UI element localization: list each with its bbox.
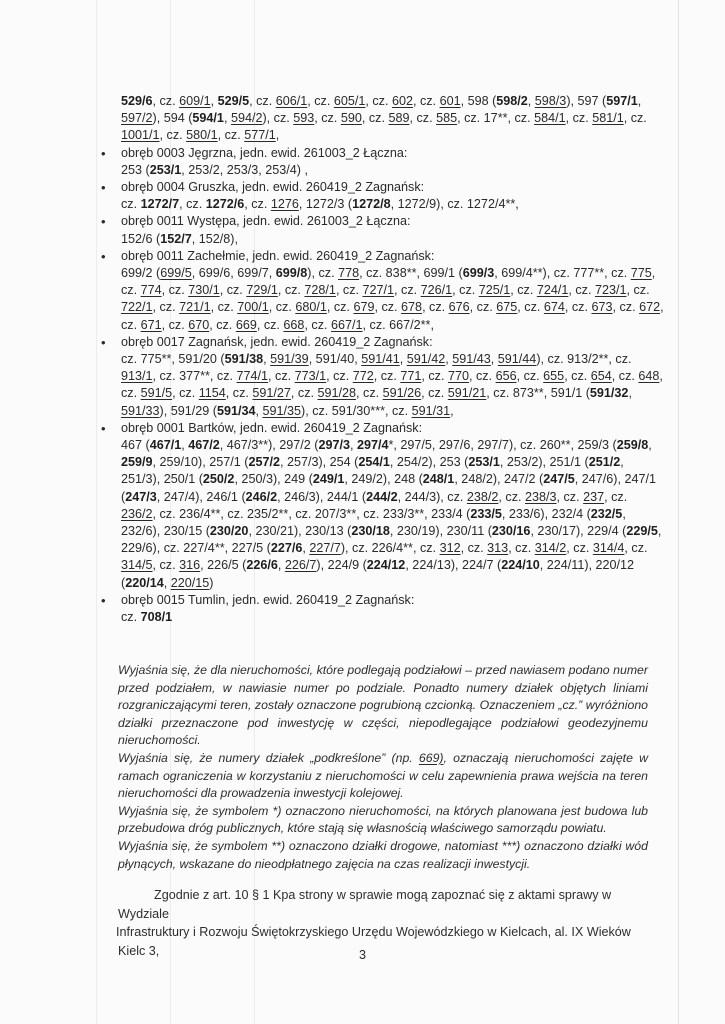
parcel-number-bold: 1272/7 [141, 197, 180, 211]
parcel-number-bold: 708/1 [141, 610, 173, 624]
text-run: , 247/4), 246/1 ( [157, 490, 246, 504]
text-run: Wyjaśnia się, że dla nieruchomości, któr… [118, 663, 648, 747]
parcel-number-bold: 699/3 [463, 266, 495, 280]
precinct-parcels: 467 (467/1, 467/2, 467/3**), 297/2 (297/… [121, 437, 665, 592]
closing-line-1: Zgodnie z art. 10 § 1 Kpa strony w spraw… [118, 886, 648, 923]
parcel-number-underlined: 669) [419, 751, 444, 765]
text-run: , cz. [314, 111, 341, 125]
parcel-number-underlined: 314/4 [593, 541, 625, 555]
parcel-number-bold: 232/5 [591, 507, 623, 521]
text-run: , cz. [626, 283, 649, 297]
text-run: , cz. [365, 94, 392, 108]
text-run: , cz. 838**, 699/1 ( [359, 266, 463, 280]
text-run: , cz. [565, 300, 592, 314]
parcel-number-underlined: 593 [293, 111, 314, 125]
text-run: , 230/17), 229/4 ( [530, 524, 626, 538]
parcel-number-underlined: 577/1 [244, 128, 276, 142]
parcel-number-underlined: 728/1 [304, 283, 336, 297]
text-run: , cz. [257, 318, 284, 332]
parcel-number-bold: 247/3 [125, 490, 157, 504]
parcel-number-underlined: 913/1 [121, 369, 153, 383]
parcel-number-underlined: 1154 [199, 386, 226, 400]
parcel-number-underlined: 773/1 [295, 369, 327, 383]
text-run: ), 594 ( [153, 111, 193, 125]
parcel-number-underlined: 725/1 [479, 283, 511, 297]
text-run: , 152/8), [192, 232, 238, 246]
text-run: , cz. [452, 283, 479, 297]
parcel-number-underlined: 724/1 [537, 283, 569, 297]
text-run: , cz. [218, 128, 245, 142]
bullet-icon: • [101, 420, 106, 437]
text-run: , [491, 352, 498, 366]
text-run: 467 ( [121, 438, 150, 452]
text-run: , 224/13), 224/7 ( [405, 558, 501, 572]
text-run: ), 597 ( [566, 94, 606, 108]
parcel-number-underlined: 699/5 [160, 266, 192, 280]
text-run: , cz. [498, 490, 525, 504]
explanatory-notes: Wyjaśnia się, że dla nieruchomości, któr… [118, 662, 648, 873]
parcel-number-underlined: 723/1 [595, 283, 627, 297]
text-run: , cz. [374, 369, 401, 383]
parcel-number-underlined: 676 [449, 300, 470, 314]
text-run: , cz. [613, 300, 640, 314]
text-run: , cz. [508, 541, 535, 555]
parcel-number-bold: 591/34 [217, 404, 256, 418]
parcel-number-underlined: 580/1 [186, 128, 218, 142]
parcel-number-underlined: 591/28 [318, 386, 357, 400]
parcel-number-underlined: 585 [436, 111, 457, 125]
text-run: , cz. [409, 111, 436, 125]
precinct-parcels: 699/2 (699/5, 699/6, 699/7, 699/8), cz. … [121, 265, 665, 334]
text-run: , cz. [362, 111, 389, 125]
parcel-number-bold: 297/4 [357, 438, 389, 452]
text-run: Wyjaśnia się, że numery działek „podkreś… [118, 751, 419, 765]
text-run: , 1272/3 ( [299, 197, 352, 211]
text-run: , [528, 94, 535, 108]
precinct-entry: • obręb 0011 Zachełmie, jedn. ewid. 2604… [113, 248, 665, 334]
text-run: , cz. [153, 558, 180, 572]
parcel-number-underlined: 678 [401, 300, 422, 314]
parcel-number-underlined: 730/1 [188, 283, 220, 297]
text-run: , 248/2), 247/2 ( [454, 472, 543, 486]
parcel-number-bold: 591/38 [225, 352, 264, 366]
parcel-number-bold: 259/9 [121, 455, 153, 469]
text-run: , cz. [307, 94, 334, 108]
parcel-number-bold: 254/1 [358, 455, 390, 469]
text-run: , cz. [413, 94, 440, 108]
text-run: , cz. [470, 300, 497, 314]
precinct-list: • obręb 0003 Jęgrzna, jedn. ewid. 261003… [113, 145, 665, 627]
parcel-number-bold: 230/18 [351, 524, 390, 538]
text-run: , cz. [469, 369, 496, 383]
text-run: , cz. [517, 369, 544, 383]
parcel-number-underlined: 672 [639, 300, 660, 314]
parcel-number-bold: 699/8 [276, 266, 308, 280]
text-run: , cz. [153, 94, 180, 108]
text-run: , cz. [356, 386, 383, 400]
text-run: Wyjaśnia się, że symbolem *) oznaczono n… [118, 804, 648, 836]
text-run: , cz. [421, 386, 448, 400]
text-run: , [224, 111, 231, 125]
text-run: , [164, 576, 171, 590]
text-run: ) [209, 576, 213, 590]
parcel-number-bold: 220/14 [125, 576, 164, 590]
text-run: cz. [121, 197, 141, 211]
text-run: , cz. [510, 283, 537, 297]
parcel-number-bold: 244/2 [366, 490, 398, 504]
parcel-number-underlined: 722/1 [121, 300, 153, 314]
text-run: , 699/4**), cz. 777**, cz. [494, 266, 631, 280]
parcel-number-bold: 597/1 [606, 94, 638, 108]
parcel-number-bold: 529/5 [218, 94, 250, 108]
text-run: , [648, 438, 652, 452]
parcel-number-underlined: 670 [188, 318, 209, 332]
parcel-number-underlined: 674 [544, 300, 565, 314]
text-run: , 226/5 ( [200, 558, 246, 572]
parcel-number-bold: 230/20 [210, 524, 249, 538]
text-run: , [628, 386, 632, 400]
bullet-icon: • [101, 213, 106, 230]
text-run: , 254/2), 253 ( [390, 455, 468, 469]
parcel-number-underlined: 591/42 [407, 352, 446, 366]
parcel-number-underlined: 654 [591, 369, 612, 383]
parcel-number-underlined: 237 [583, 490, 604, 504]
text-run: , [350, 438, 357, 452]
note-paragraph: Wyjaśnia się, że symbolem *) oznaczono n… [118, 803, 648, 838]
parcel-number-underlined: 680/1 [295, 300, 327, 314]
parcel-number-bold: 246/2 [246, 490, 278, 504]
text-run: 152/6 ( [121, 232, 160, 246]
text-run: , cz. [422, 300, 449, 314]
precinct-header: obręb 0015 Tumlin, jedn. ewid. 260419_2 … [121, 592, 665, 609]
bullet-icon: • [101, 145, 106, 162]
parcel-number-underlined: 700/1 [237, 300, 269, 314]
parcel-number-underlined: 238/2 [467, 490, 499, 504]
parcel-list: 529/6, cz. 609/1, 529/5, cz. 606/1, cz. … [113, 93, 665, 626]
parcel-number-underlined: 598/3 [535, 94, 567, 108]
text-run: , cz. [209, 318, 236, 332]
text-run: , cz. 377**, cz. [153, 369, 237, 383]
text-run: , cz. [153, 300, 180, 314]
bullet-icon: • [101, 334, 106, 351]
parcel-number-underlined: 667/1 [331, 318, 363, 332]
text-run: ), cz. 226/4**, cz. [341, 541, 440, 555]
parcel-number-underlined: 726/1 [421, 283, 453, 297]
parcel-number-bold: 297/3 [318, 438, 350, 452]
parcel-number-underlined: 609/1 [179, 94, 211, 108]
precinct-entry: • obręb 0004 Gruszka, jedn. ewid. 260419… [113, 179, 665, 213]
parcel-number-underlined: 581/1 [592, 111, 624, 125]
parcel-number-bold: 253/1 [468, 455, 500, 469]
text-run: , 249/2), 248 ( [344, 472, 422, 486]
precinct-parcels: 152/6 (152/7, 152/8), [121, 231, 665, 248]
text-run: , cz. [461, 541, 488, 555]
parcel-number-underlined: 584/1 [534, 111, 566, 125]
bullet-icon: • [101, 248, 106, 265]
text-run: , 257/3), 254 ( [280, 455, 358, 469]
text-run: , 598 ( [461, 94, 497, 108]
parcel-number-bold: 253/1 [150, 163, 182, 177]
text-run: , cz. [162, 318, 189, 332]
text-run: , cz. [268, 369, 295, 383]
parcel-number-underlined: 655 [543, 369, 564, 383]
precinct-entry: • obręb 0015 Tumlin, jedn. ewid. 260419_… [113, 592, 665, 626]
parcel-number-bold: 226/6 [246, 558, 278, 572]
text-run: , cz. [336, 283, 363, 297]
parcel-number-bold: 152/7 [160, 232, 192, 246]
text-run: ), cz. [262, 111, 293, 125]
parcel-number-underlined: 590 [341, 111, 362, 125]
text-run: , cz. 236/4**, cz. 235/2**, cz. 207/3**,… [153, 507, 471, 521]
parcel-number-underlined: 220/15 [171, 576, 210, 590]
text-run: , cz. [604, 490, 627, 504]
text-run: , cz. [172, 386, 199, 400]
parcel-number-underlined: 727/1 [363, 283, 395, 297]
parcel-number-bold: 259/8 [617, 438, 649, 452]
parcel-number-underlined: 721/1 [179, 300, 211, 314]
text-run: , cz. [249, 94, 276, 108]
parcel-number-underlined: 312 [440, 541, 461, 555]
parcel-number-underlined: 778 [338, 266, 359, 280]
parcel-number-underlined: 602 [392, 94, 413, 108]
parcel-number-underlined: 591/5 [141, 386, 173, 400]
text-run: , cz. [557, 490, 584, 504]
text-run: , 230/21), 230/13 ( [248, 524, 351, 538]
parcel-number-bold: 257/2 [248, 455, 280, 469]
text-run: , 230/19), 230/11 ( [390, 524, 492, 538]
parcel-number-underlined: 673 [591, 300, 612, 314]
text-run: , 1272/9), cz. 1272/4**, [391, 197, 519, 211]
text-run: , cz. [162, 283, 189, 297]
precinct-header: obręb 0011 Zachełmie, jedn. ewid. 260419… [121, 248, 665, 265]
precinct-entry: • obręb 0001 Bartków, jedn. ewid. 260419… [113, 420, 665, 592]
parcel-number-underlined: 601 [440, 94, 461, 108]
text-run: , cz. 667/2**, [363, 318, 434, 332]
parcel-number-underlined: 591/26 [383, 386, 422, 400]
parcel-number-underlined: 668 [283, 318, 304, 332]
parcel-number-bold: 594/1 [192, 111, 224, 125]
parcel-number-bold: 224/12 [367, 558, 406, 572]
text-run: , cz. [566, 111, 593, 125]
text-run: , [400, 352, 407, 366]
parcel-number-underlined: 1001/1 [121, 128, 160, 142]
text-run: 253 ( [121, 163, 150, 177]
parcel-number-underlined: 227/7 [309, 541, 341, 555]
parcel-number-underlined: 589 [388, 111, 409, 125]
parcel-number-bold: 1272/6 [206, 197, 245, 211]
text-run: , 591/40, [309, 352, 362, 366]
text-run: ), 224/9 ( [316, 558, 366, 572]
parcel-number-bold: 250/2 [203, 472, 235, 486]
bullet-icon: • [101, 179, 106, 196]
text-run: , cz. [374, 300, 401, 314]
parcel-number-underlined: 316 [179, 558, 200, 572]
text-run: , 250/3), 249 ( [234, 472, 312, 486]
parcel-number-underlined: 771 [400, 369, 421, 383]
text-run: , cz. [421, 369, 448, 383]
parcel-number-bold: 467/2 [188, 438, 220, 452]
text-run: , 253/2), 251/1 ( [500, 455, 589, 469]
parcel-number-underlined: 236/2 [121, 507, 153, 521]
text-run: , cz. [568, 283, 595, 297]
text-run: , cz. [517, 300, 544, 314]
text-run: , 699/6, 699/7, [192, 266, 276, 280]
text-run: , cz. [326, 369, 353, 383]
text-run: , cz. [220, 283, 247, 297]
note-paragraph: Wyjaśnia się, że numery działek „podkreś… [118, 750, 648, 803]
text-run: , cz. [278, 283, 305, 297]
parcel-number-underlined: 656 [496, 369, 517, 383]
parcel-number-bold: 1272/8 [352, 197, 391, 211]
parcel-number-underlined: 591/35 [262, 404, 301, 418]
precinct-entry: • obręb 0017 Zagnańsk, jedn. ewid. 26041… [113, 334, 665, 420]
parcel-continuation: 529/6, cz. 609/1, 529/5, cz. 606/1, cz. … [113, 93, 665, 145]
parcel-number-bold: 230/16 [492, 524, 531, 538]
parcel-number-underlined: 591/31 [412, 404, 451, 418]
text-run: , 253/2, 253/3, 253/4) , [181, 163, 308, 177]
text-run: ), cz. [307, 266, 338, 280]
parcel-number-underlined: 314/2 [535, 541, 567, 555]
text-run: , [211, 94, 218, 108]
text-run: , 233/6), 232/4 ( [502, 507, 591, 521]
parcel-number-bold: 224/10 [501, 558, 540, 572]
parcel-number-underlined: 591/27 [252, 386, 291, 400]
parcel-number-underlined: 226/7 [285, 558, 317, 572]
text-run: ), cz. 913/2**, cz. [536, 352, 631, 366]
text-run: , cz. [244, 197, 271, 211]
parcel-number-underlined: 605/1 [334, 94, 366, 108]
text-run: Wyjaśnia się, że symbolem **) oznaczono … [118, 839, 648, 871]
parcel-number-underlined: 1276 [271, 197, 299, 211]
precinct-parcels: 253 (253/1, 253/2, 253/3, 253/4) , [121, 162, 665, 179]
parcel-number-underlined: 679 [353, 300, 374, 314]
parcel-number-bold: 229/5 [626, 524, 658, 538]
parcel-number-bold: 227/6 [271, 541, 303, 555]
precinct-header: obręb 0004 Gruszka, jedn. ewid. 260419_2… [121, 179, 665, 196]
parcel-number-bold: 248/1 [423, 472, 455, 486]
parcel-number-underlined: 775 [631, 266, 652, 280]
text-run: , cz. [624, 111, 647, 125]
text-run: cz. [121, 610, 141, 624]
parcel-number-underlined: 772 [353, 369, 374, 383]
text-run: , cz. [179, 197, 206, 211]
text-run: , cz. [160, 128, 187, 142]
precinct-parcels: cz. 708/1 [121, 609, 665, 626]
text-run: , cz. [564, 369, 591, 383]
parcel-number-underlined: 774 [141, 283, 162, 297]
text-run: ), cz. 591/30***, cz. [301, 404, 412, 418]
parcel-number-underlined: 729/1 [246, 283, 278, 297]
precinct-header: obręb 0001 Bartków, jedn. ewid. 260419_2… [121, 420, 665, 437]
parcel-number-underlined: 591/44 [498, 352, 537, 366]
precinct-header: obręb 0011 Występa, jedn. ewid. 261003_2… [121, 213, 665, 230]
text-run: , 246/3), 244/1 ( [277, 490, 366, 504]
parcel-number-underlined: 591/41 [361, 352, 400, 366]
precinct-parcels: cz. 1272/7, cz. 1272/6, cz. 1276, 1272/3… [121, 196, 665, 213]
text-run: , [276, 128, 280, 142]
text-run: , cz. [612, 369, 639, 383]
text-run: , cz. [211, 300, 238, 314]
parcel-number-underlined: 648 [638, 369, 659, 383]
text-run: , cz. [624, 541, 647, 555]
parcel-number-underlined: 597/2 [121, 111, 153, 125]
parcel-number-bold: 247/5 [543, 472, 575, 486]
parcel-number-underlined: 675 [496, 300, 517, 314]
precinct-parcels: cz. 775**, 591/20 (591/38, 591/39, 591/4… [121, 351, 665, 420]
parcel-number-underlined: 591/21 [448, 386, 487, 400]
parcel-number-underlined: 594/2 [231, 111, 263, 125]
text-run: , cz. 873**, 591/1 ( [486, 386, 590, 400]
text-run: , cz. [394, 283, 421, 297]
text-run: , cz. [304, 318, 331, 332]
text-run: , 244/3), cz. [398, 490, 467, 504]
text-run: ), 591/29 ( [160, 404, 217, 418]
precinct-header: obręb 0003 Jęgrzna, jedn. ewid. 261003_2… [121, 145, 665, 162]
precinct-entry: • obręb 0011 Występa, jedn. ewid. 261003… [113, 213, 665, 247]
document-page: 529/6, cz. 609/1, 529/5, cz. 606/1, cz. … [0, 0, 725, 1024]
text-run: , cz. [226, 386, 253, 400]
parcel-number-underlined: 314/5 [121, 558, 153, 572]
text-run: , cz. [566, 541, 593, 555]
precinct-entry: • obręb 0003 Jęgrzna, jedn. ewid. 261003… [113, 145, 665, 179]
note-paragraph: Wyjaśnia się, że dla nieruchomości, któr… [118, 662, 648, 750]
parcel-number-bold: 467/1 [150, 438, 182, 452]
text-run: , cz. 17**, cz. [457, 111, 534, 125]
text-run: , cz. [327, 300, 354, 314]
parcel-number-bold: 598/2 [496, 94, 528, 108]
page-number: 3 [0, 948, 725, 962]
parcel-number-underlined: 591/39 [270, 352, 309, 366]
parcel-number-underlined: 591/33 [121, 404, 160, 418]
text-run: , [278, 558, 285, 572]
parcel-number-underlined: 606/1 [276, 94, 308, 108]
parcel-number-underlined: 591/43 [452, 352, 491, 366]
parcel-number-bold: 249/1 [313, 472, 345, 486]
precinct-header: obręb 0017 Zagnańsk, jedn. ewid. 260419_… [121, 334, 665, 351]
text-run: , 467/3**), 297/2 ( [220, 438, 319, 452]
parcel-number-underlined: 671 [141, 318, 162, 332]
note-paragraph: Wyjaśnia się, że symbolem **) oznaczono … [118, 838, 648, 873]
parcel-number-bold: 233/5 [470, 507, 502, 521]
parcel-number-underlined: 774/1 [237, 369, 269, 383]
parcel-number-underlined: 770 [448, 369, 469, 383]
text-run: , cz. [291, 386, 318, 400]
text-run: , [450, 404, 454, 418]
parcel-number-underlined: 238/3 [525, 490, 557, 504]
text-run: *, 297/5, 297/6, 297/7), cz. 260**, 259/… [389, 438, 617, 452]
bullet-icon: • [101, 592, 106, 609]
parcel-number-bold: 251/2 [589, 455, 621, 469]
parcel-number-bold: 529/6 [121, 94, 153, 108]
text-run: 699/2 ( [121, 266, 160, 280]
text-run: , 259/10), 257/1 ( [153, 455, 249, 469]
text-run: , [638, 94, 642, 108]
parcel-number-underlined: 669 [236, 318, 257, 332]
parcel-number-underlined: 313 [487, 541, 508, 555]
parcel-number-bold: 591/32 [590, 386, 629, 400]
text-run: , cz. [269, 300, 296, 314]
text-run: cz. 775**, 591/20 ( [121, 352, 225, 366]
